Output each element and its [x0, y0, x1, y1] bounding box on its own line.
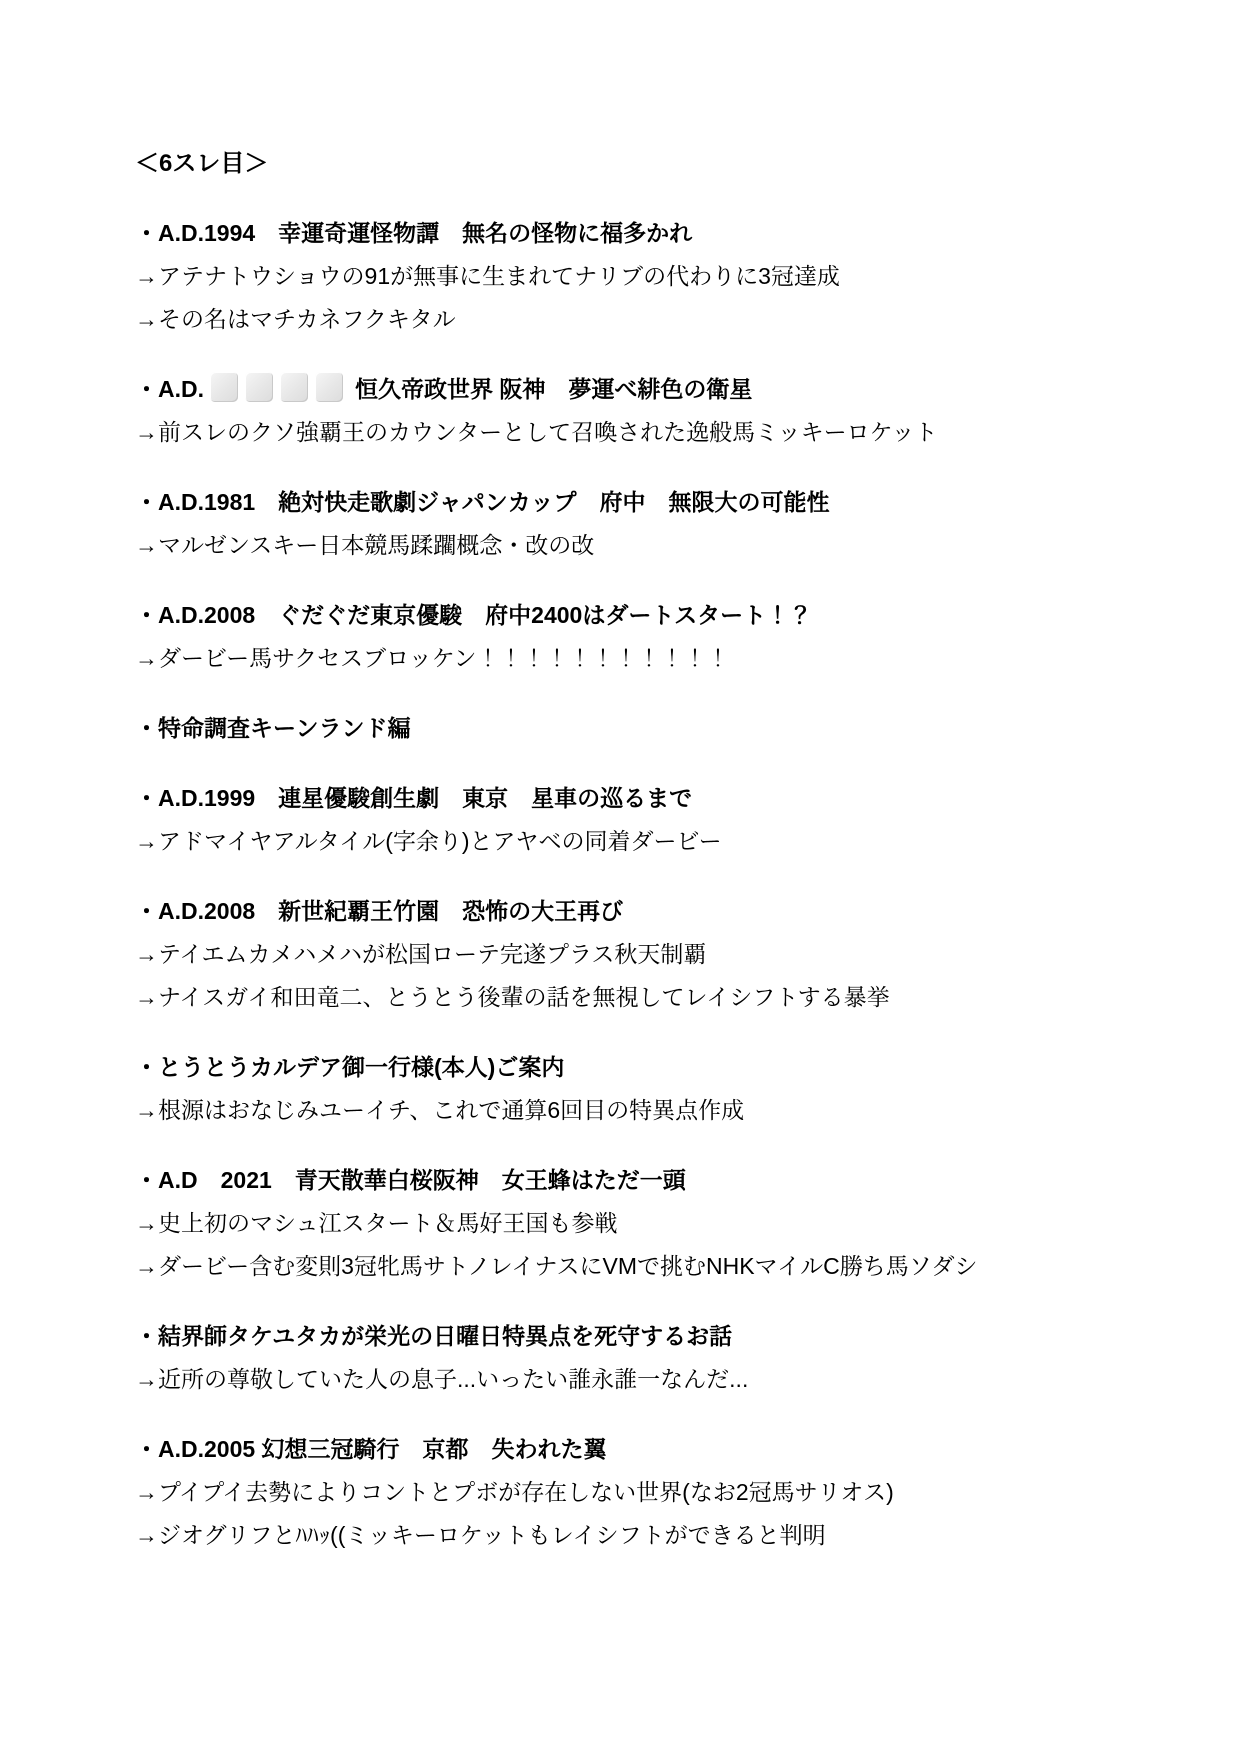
- redacted-box: [280, 372, 308, 402]
- entry-block: ・A.D.2008 新世紀覇王竹園 恐怖の大王再び →テイエムカメハメハが松国ロ…: [135, 890, 1172, 1019]
- document-page: ＜6スレ目＞ ・A.D.1994 幸運奇運怪物譚 無名の怪物に福多かれ →アテナ…: [0, 0, 1242, 1755]
- entry-title-prefix: ・A.D.: [135, 376, 204, 402]
- entry-detail-line: →アテナトウショウの91が無事に生まれてナリブの代わりに3冠達成: [135, 255, 1172, 298]
- entry-detail-line: →マルゼンスキー日本競馬蹂躙概念・改の改: [135, 524, 1172, 567]
- entry-title: ・A.D.1981 絶対快走歌劇ジャパンカップ 府中 無限大の可能性: [135, 481, 1172, 524]
- entry-detail-line: →テイエムカメハメハが松国ローテ完遂プラス秋天制覇: [135, 933, 1172, 976]
- entry-title: ・A.D.1999 連星優駿創生劇 東京 星車の巡るまで: [135, 777, 1172, 820]
- entry-title: ・A.D 2021 青天散華白桜阪神 女王蜂はただ一頭: [135, 1159, 1172, 1202]
- entry-detail-line: →近所の尊敬していた人の息子...いったい誰永誰一なんだ...: [135, 1358, 1172, 1401]
- entry-block: ・とうとうカルデア御一行様(本人)ご案内 →根源はおなじみユーイチ、これで通算6…: [135, 1046, 1172, 1132]
- redacted-box: [245, 372, 273, 402]
- entry-detail-line: →ジオグリフとﾊﾊｯ((ミッキーロケットもレイシフトができると判明: [135, 1514, 1172, 1557]
- entry-block: ・結界師タケユタカが栄光の日曜日特異点を死守するお話 →近所の尊敬していた人の息…: [135, 1315, 1172, 1401]
- entry-detail-line: →ナイスガイ和田竜二、とうとう後輩の話を無視してレイシフトする暴挙: [135, 976, 1172, 1019]
- entry-detail-line: →前スレのクソ強覇王のカウンターとして召喚された逸般馬ミッキーロケット: [135, 411, 1172, 454]
- entry-detail-line: →史上初のマシュ江スタート＆馬好王国も参戦: [135, 1202, 1172, 1245]
- entry-block: ・A.D.2008 ぐだぐだ東京優駿 府中2400はダートスタート！？ →ダービ…: [135, 594, 1172, 680]
- entry-detail-line: →その名はマチカネフクキタル: [135, 298, 1172, 341]
- entry-title: ・A.D.1994 幸運奇運怪物譚 無名の怪物に福多かれ: [135, 212, 1172, 255]
- entry-title: ・結界師タケユタカが栄光の日曜日特異点を死守するお話: [135, 1315, 1172, 1358]
- entry-detail-line: →ダービー含む変則3冠牝馬サトノレイナスにVMで挑むNHKマイルC勝ち馬ソダシ: [135, 1245, 1172, 1288]
- entry-title: ・A.D.恒久帝政世界 阪神 夢運べ緋色の衛星: [135, 368, 1172, 411]
- entry-block: ・A.D.1981 絶対快走歌劇ジャパンカップ 府中 無限大の可能性 →マルゼン…: [135, 481, 1172, 567]
- entry-title: ・特命調査キーンランド編: [135, 707, 1172, 750]
- redacted-boxes: [210, 372, 343, 402]
- entry-block: ・A.D.1994 幸運奇運怪物譚 無名の怪物に福多かれ →アテナトウショウの9…: [135, 212, 1172, 341]
- entry-detail-line: →プイプイ去勢によりコントとプボが存在しない世界(なお2冠馬サリオス): [135, 1471, 1172, 1514]
- entry-title: ・とうとうカルデア御一行様(本人)ご案内: [135, 1046, 1172, 1089]
- entry-title: ・A.D.2005 幻想三冠騎行 京都 失われた翼: [135, 1428, 1172, 1471]
- entry-title-suffix: 恒久帝政世界 阪神 夢運べ緋色の衛星: [355, 376, 752, 402]
- entry-block: ・A.D 2021 青天散華白桜阪神 女王蜂はただ一頭 →史上初のマシュ江スター…: [135, 1159, 1172, 1288]
- redacted-box: [315, 372, 343, 402]
- entry-block: ・特命調査キーンランド編: [135, 707, 1172, 750]
- entry-title: ・A.D.2008 新世紀覇王竹園 恐怖の大王再び: [135, 890, 1172, 933]
- entry-block: ・A.D.1999 連星優駿創生劇 東京 星車の巡るまで →アドマイヤアルタイル…: [135, 777, 1172, 863]
- page-title: ＜6スレ目＞: [135, 142, 1172, 185]
- entry-detail-line: →アドマイヤアルタイル(字余り)とアヤベの同着ダービー: [135, 820, 1172, 863]
- entry-block: ・A.D.恒久帝政世界 阪神 夢運べ緋色の衛星 →前スレのクソ強覇王のカウンター…: [135, 368, 1172, 454]
- entry-block: ・A.D.2005 幻想三冠騎行 京都 失われた翼 →プイプイ去勢によりコントと…: [135, 1428, 1172, 1557]
- entry-detail-line: →ダービー馬サクセスブロッケン！！！！！！！！！！！: [135, 637, 1172, 680]
- redacted-box: [210, 372, 238, 402]
- entry-title: ・A.D.2008 ぐだぐだ東京優駿 府中2400はダートスタート！？: [135, 594, 1172, 637]
- entry-detail-line: →根源はおなじみユーイチ、これで通算6回目の特異点作成: [135, 1089, 1172, 1132]
